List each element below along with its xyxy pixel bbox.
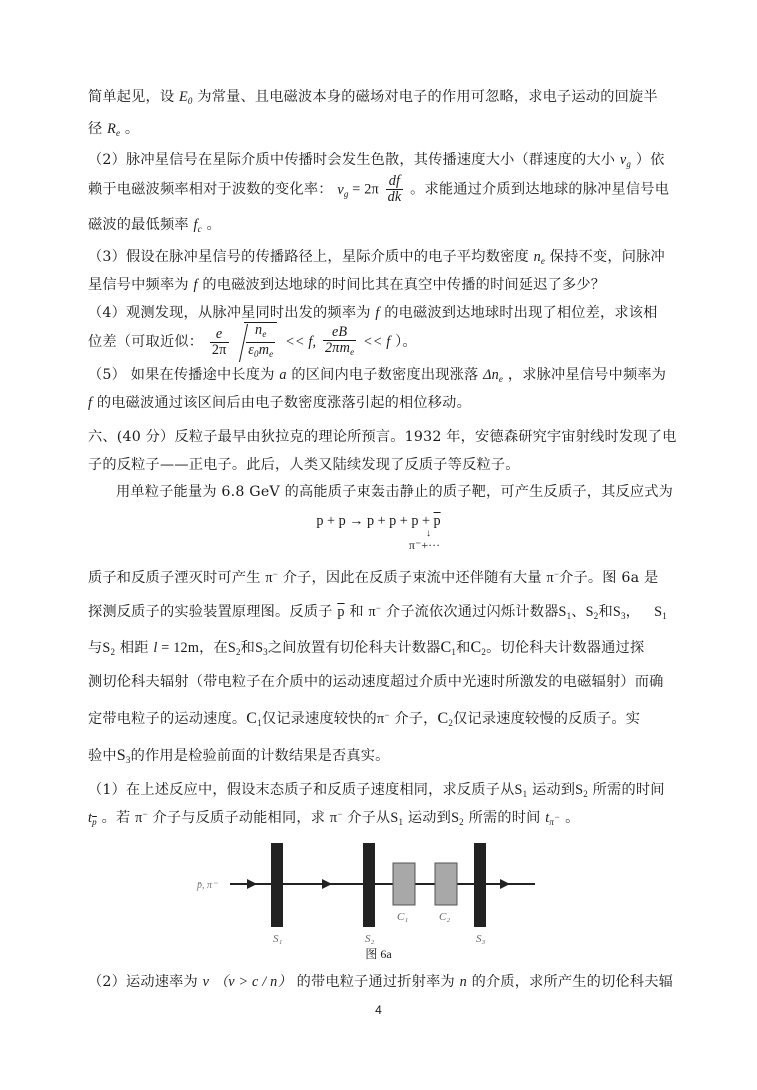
text: 的电磁波通过该区间后由电子数密度涨落引起的相位移动。: [97, 395, 471, 411]
math-f: f: [88, 395, 92, 411]
page-number: 4: [0, 1003, 757, 1017]
sqrt-ne-over-eps0-me: neε0me: [235, 322, 277, 362]
question-part-2-line-2: 赖于电磁波频率相对于波数的变化率： vg = 2π dfdk 。求能通过介质到达…: [88, 174, 669, 205]
text: = 2π: [349, 182, 379, 198]
label-s1: S₁: [273, 933, 283, 945]
question-6-2-line-1: （2）运动速率为 v （v > c / n） 的带电粒子通过折射率为 n 的介质…: [88, 971, 673, 991]
question-part-2-line-3: 磁波的最低频率 fc 。: [88, 214, 221, 234]
question-part-4-line-1: （4）观测发现，从脉冲星同时出发的频率为 f 的电磁波到达地球时出现了相位差，求…: [88, 302, 658, 322]
text: ）依: [636, 152, 665, 168]
text: 为常量、且电磁波本身的磁场对电子的作用可忽略，求电子运动的回旋半: [197, 89, 657, 105]
math-t-pbar: tp: [88, 810, 97, 826]
text: 星信号中频率为: [88, 277, 189, 293]
text: 保持不变，问脉冲: [550, 249, 665, 265]
label-c1: C₁: [397, 911, 408, 923]
section-6-para-line-5: 定带电粒子的运动速度。C1仅记录速度较快的π− 介子，C2仅记录速度较慢的反质子…: [88, 708, 640, 728]
question-part-2-line-1: （2）脉冲星信号在星际介质中传播时会发生色散，其传播速度大小（群速度的大小 vg…: [88, 149, 665, 169]
label-s3: S₃: [476, 933, 486, 945]
cherenkov-c2: [435, 863, 457, 905]
section-6-para-line-6: 验中S3的作用是检验前面的计数结果是否真实。: [88, 745, 390, 765]
reaction-decay: π⁻+···: [0, 538, 757, 553]
text: ，求脉冲星信号中频率为: [508, 367, 666, 383]
inequality-1: << f,: [285, 334, 316, 350]
figure-caption: 图 6a: [0, 945, 757, 962]
question-part-5-line-1: （5） 如果在传播途中长度为 a 的区间内电子数密度出现涨落 Δne ，求脉冲星…: [88, 364, 666, 384]
scintillator-s3: [474, 843, 486, 927]
question-part-3-line-2: 星信号中频率为 f 的电磁波到达地球的时间比其在真空中传播的时间延迟了多少？: [88, 274, 605, 294]
math-f: f: [193, 277, 197, 293]
arrow-icon: [247, 879, 257, 889]
text: （4）观测发现，从脉冲星同时出发的频率为: [88, 305, 371, 321]
math-f: f: [375, 305, 379, 321]
math-a: a: [279, 367, 286, 383]
arrow-icon: [322, 879, 332, 889]
section-6-intro-line-3: 用单粒子能量为 6.8 GeV 的高能质子束轰击静止的质子靶，可产生反质子，其反…: [116, 481, 673, 501]
text: 简单起见，设: [88, 89, 174, 105]
math-Re: Re: [107, 121, 120, 137]
equation-group-velocity: vg: [337, 182, 348, 198]
math-vg: vg: [620, 152, 631, 168]
math-delta-ne: Δne: [483, 367, 503, 383]
fraction-df-dk: dfdk: [386, 174, 404, 205]
scintillator-s2: [363, 843, 375, 927]
section-6-para-line-1: 质子和反质子湮灭时可产生 π− 介子，因此在反质子束流中还伴随有大量 π−介子。…: [88, 567, 658, 587]
q5-continuation-line-2: 径 Re 。: [88, 118, 139, 138]
math-ne: ne: [534, 249, 546, 265]
text: 。: [125, 121, 139, 137]
cherenkov-c1: [393, 863, 415, 905]
scintillator-s1: [271, 843, 283, 927]
section-6-intro-line-2: 子的反粒子——正电子。此后，人类又陆续发现了反质子等反粒子。: [88, 454, 520, 474]
fraction-e-2pi: e2π: [210, 327, 229, 358]
text: ）。: [395, 334, 417, 350]
label-c2: C₂: [439, 911, 450, 923]
text: 赖于电磁波频率相对于波数的变化率：: [88, 182, 333, 198]
text: 的电磁波到达地球的时间比其在真空中传播的时间延迟了多少？: [202, 277, 605, 293]
section-6-para-line-3: 与S2 相距 l = 12m，在S2和S3之间放置有切伦科夫计数器C1和C2。切…: [88, 637, 644, 657]
text: （2）脉冲星信号在星际介质中传播时会发生色散，其传播速度大小（群速度的大小: [88, 152, 615, 168]
text: 位差（可取近似：: [88, 334, 203, 350]
question-part-5-line-2: f 的电磁波通过该区间后由电子数密度涨落引起的相位移动。: [88, 392, 471, 412]
inequality-2: << f: [363, 334, 390, 350]
question-part-3-line-1: （3）假设在脉冲星信号的传播路径上，星际介质中的电子平均数密度 ne 保持不变，…: [88, 246, 665, 266]
text: 的区间内电子数密度出现涨落: [291, 367, 478, 383]
apparatus-svg: p̄, π⁻ S₁ S₂ C₁ C₂ S₃: [195, 838, 545, 958]
arrow-icon: [500, 879, 510, 889]
fraction-eB-2pi-me: eB2πme: [323, 325, 356, 360]
text: 。求能通过介质到达地球的脉冲星信号电: [410, 182, 669, 198]
section-6-intro-line-1: 六、(40 分）反粒子最早由狄拉克的理论所预言。1932 年，安德森研究宇宙射线…: [88, 426, 676, 446]
section-6-para-line-4: 测切伦科夫辐射（带电粒子在介质中的运动速度超过介质中光速时所激发的电磁辐射）而确: [88, 671, 664, 691]
text: 的电磁波到达地球时出现了相位差，求该相: [384, 305, 657, 321]
question-6-1-line-1: （1）在上述反应中，假设末态质子和反质子速度相同，求反质子从S1 运动到S2 所…: [88, 779, 665, 799]
figure-6a-apparatus-diagram: p̄, π⁻ S₁ S₂ C₁ C₂ S₃: [195, 838, 545, 958]
q5-continuation-line-1: 简单起见，设 E0 为常量、且电磁波本身的磁场对电子的作用可忽略，求电子运动的回…: [88, 86, 658, 106]
text: 磁波的最低频率: [88, 217, 189, 233]
question-part-4-line-2: 位差（可取近似： e2π neε0me << f, eB2πme << f ）。: [88, 322, 417, 362]
text: （5） 如果在传播途中长度为: [88, 367, 275, 383]
text: 径: [88, 121, 102, 137]
math-fc: fc: [193, 217, 201, 233]
text: 。: [207, 217, 221, 233]
math-E0: E0: [179, 89, 193, 105]
section-6-para-line-2: 探测反质子的实验装置原理图。反质子 p 和 π− 介子流依次通过闪烁计数器S1、…: [88, 601, 667, 621]
label-s2: S₂: [365, 933, 375, 945]
math-t-pi: tπ−: [545, 810, 560, 826]
beam-label: p̄, π⁻: [196, 880, 218, 891]
question-6-1-line-2: tp 。若 π− 介子与反质子动能相同，求 π− 介子从S1 运动到S2 所需的…: [88, 807, 580, 827]
text: （3）假设在脉冲星信号的传播路径上，星际介质中的电子平均数密度: [88, 249, 529, 265]
